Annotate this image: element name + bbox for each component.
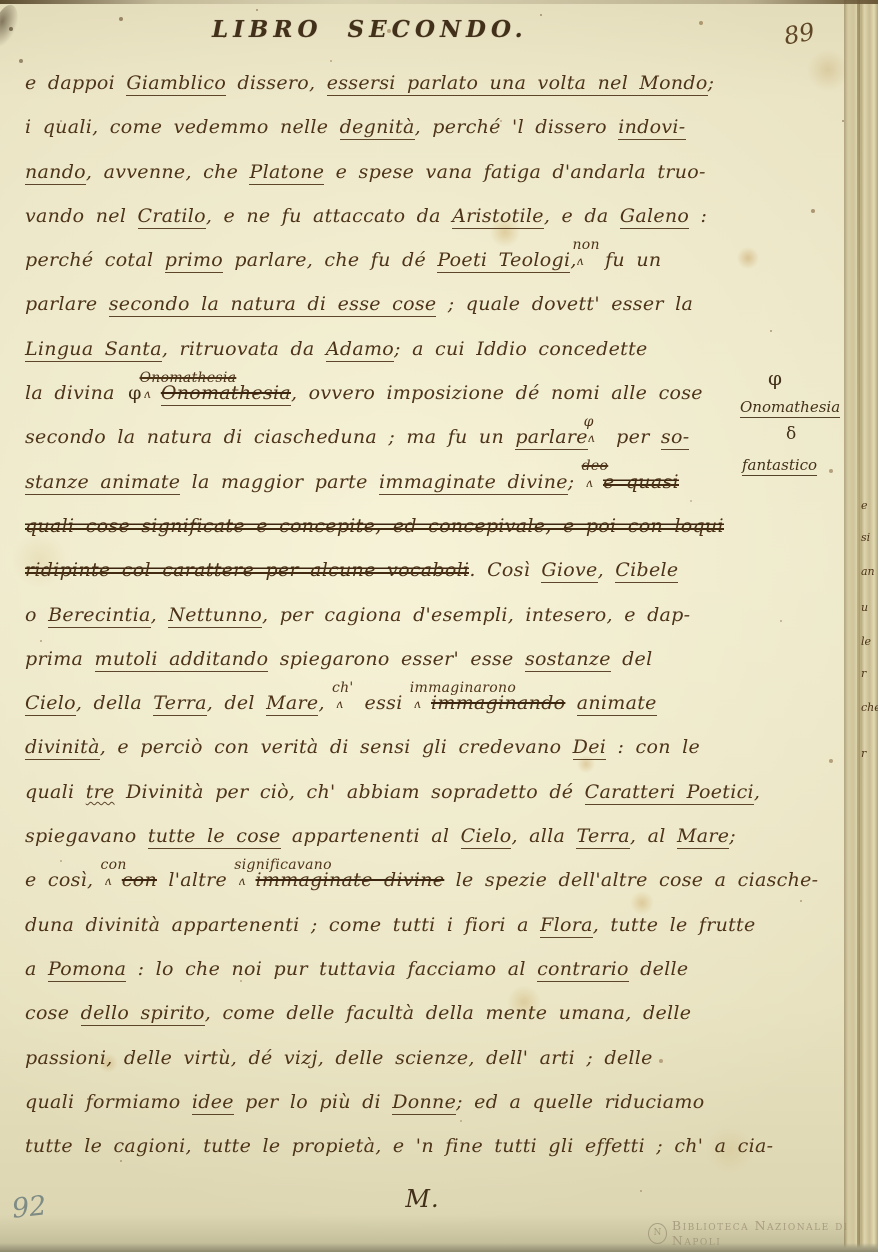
corner-smudge	[0, 2, 23, 53]
text-segment: , per cagiona d'esempli, intesero, e dap…	[262, 604, 690, 626]
text-segment: quali cose significate e concepite, ed c…	[25, 515, 724, 537]
text-segment: degnità	[340, 116, 415, 140]
text-segment: animate	[577, 692, 657, 716]
note-onomathesia: Onomathesia	[740, 398, 840, 418]
manuscript-line: parlare secondo la natura di esse cose ;…	[25, 293, 770, 337]
text-segment: Nettunno	[168, 604, 262, 628]
text-segment: fu un	[594, 249, 662, 271]
text-segment: per lo più di	[234, 1091, 392, 1113]
text-segment: parlare	[515, 426, 587, 450]
manuscript-line: quali formiamo idee per lo più di Donne;…	[25, 1091, 770, 1135]
text-segment: ; ed a quelle riduciamo	[456, 1091, 704, 1113]
note-fantastico: fantastico	[742, 456, 817, 476]
manuscript-line: divinità, e perciò con verità di sensi g…	[25, 736, 770, 780]
text-segment: , come delle facultà della mente umana, …	[205, 1002, 692, 1024]
text-segment: so-	[661, 426, 690, 450]
text-segment: Galeno	[620, 205, 689, 229]
text-segment: quali	[25, 781, 86, 803]
text-segment: , avvenne, che	[86, 161, 250, 183]
text-segment: o	[25, 604, 48, 626]
text-segment: Caratteri Poetici	[585, 781, 754, 805]
text-segment: ,	[598, 559, 616, 581]
text-segment: contrario	[537, 958, 629, 982]
edge-partial-letter: e	[861, 500, 868, 511]
text-segment: indovi-	[618, 116, 685, 140]
text-segment: ; quale dovett' esser la	[436, 293, 693, 315]
text-segment: idee	[192, 1091, 234, 1115]
text-segment: delle	[629, 958, 689, 980]
text-segment: Terra	[576, 825, 629, 849]
text-segment: spiegarono esser' esse	[268, 648, 525, 670]
manuscript-line: cose dello spirito, come delle facultà d…	[25, 1002, 770, 1046]
text-segment: : lo che noi pur tuttavia facciamo al	[126, 958, 537, 980]
text-segment: Dei	[573, 736, 606, 760]
manuscript-line: duna divinità appartenenti ; come tutti …	[25, 914, 770, 958]
text-segment: Berecintia	[48, 604, 151, 628]
edge-partial-letter: an	[861, 566, 875, 577]
text-segment: , del	[207, 692, 266, 714]
manuscript-line: a Pomona : lo che noi pur tuttavia facci…	[25, 958, 770, 1002]
text-segment: sostanze	[525, 648, 611, 672]
text-segment: a	[25, 958, 48, 980]
manuscript-line: prima mutoli additando spiegarono esser'…	[25, 648, 770, 692]
text-segment: Donne	[392, 1091, 456, 1115]
manuscript-line: passioni, delle virtù, dé vizj, delle sc…	[25, 1047, 770, 1091]
text-segment: e quasi	[603, 471, 679, 493]
text-segment: divinità	[25, 736, 100, 760]
text-segment: e così,	[25, 869, 105, 891]
manuscript-line: spiegavano tutte le cose appartenenti al…	[25, 825, 770, 869]
edge-partial-letter: r	[861, 668, 866, 679]
manuscript-line: vando nel Cratilo, e ne fu attaccato da …	[25, 205, 770, 249]
text-segment: Lingua Santa	[25, 338, 162, 362]
text-segment: del	[611, 648, 653, 670]
manuscript-line: perché cotal primo parlare, che fu dé Po…	[25, 249, 770, 293]
book-fore-edge: esianulercher	[844, 0, 878, 1252]
text-segment: :	[689, 205, 707, 227]
text-segment: Flora	[540, 914, 593, 938]
text-segment	[565, 692, 576, 714]
text-segment: quali formiamo	[25, 1091, 192, 1113]
manuscript-line: tutte le cagioni, tutte le propietà, e '…	[25, 1135, 770, 1179]
text-segment: Mare	[677, 825, 729, 849]
text-segment: duna divinità appartenenti ; come tutti …	[25, 914, 540, 936]
text-segment: Cielo	[25, 692, 76, 716]
text-segment: parlare, che fu dé	[223, 249, 437, 271]
text-segment: , alla	[511, 825, 576, 847]
text-segment: vando nel	[25, 205, 138, 227]
text-segment: , ovvero imposizione dé nomi alle cose	[291, 382, 703, 404]
edge-partial-letter: che	[861, 702, 878, 713]
text-segment: Giove	[541, 559, 597, 583]
text-segment: parlare	[25, 293, 109, 315]
text-segment: nando	[25, 161, 86, 185]
text-segment: dissero,	[226, 72, 327, 94]
manuscript-text-block: e dappoi Giamblico dissero, essersi parl…	[25, 72, 770, 1179]
phi-mark: φ	[768, 366, 782, 390]
text-segment: stanze animate	[25, 471, 180, 495]
text-segment: le spezie dell'altre cose a ciasche-	[444, 869, 818, 891]
text-segment: : con le	[606, 736, 700, 758]
text-segment: essi	[353, 692, 414, 714]
text-segment: , e ne fu attaccato da	[206, 205, 452, 227]
text-segment: e dappoi	[25, 72, 126, 94]
photo-bottom-edge	[0, 1243, 878, 1252]
manuscript-line: e dappoi Giamblico dissero, essersi parl…	[25, 72, 770, 116]
text-segment: Divinità per ciò, ch' abbiam sopradetto …	[115, 781, 585, 803]
text-segment: secondo la natura di esse cose	[109, 293, 437, 317]
photo-top-edge	[0, 0, 878, 4]
text-segment: Terra	[153, 692, 206, 716]
text-segment: spiegavano	[25, 825, 148, 847]
text-segment: appartenenti al	[281, 825, 461, 847]
manuscript-line: secondo la natura di ciascheduna ; ma fu…	[25, 426, 770, 470]
text-segment: . Così	[469, 559, 541, 581]
manuscript-line: e così, conʌcon l'altre significavanoʌim…	[25, 869, 770, 913]
text-segment: ridipinte col carattere per alcune vocab…	[25, 559, 469, 581]
manuscript-line: la divina φOnomathesiaʌOnomathesia, ovve…	[25, 382, 770, 426]
text-segment: mutoli additando	[95, 648, 269, 672]
text-segment: secondo la natura di ciascheduna ; ma fu…	[25, 426, 515, 448]
text-segment: , e perciò con verità di sensi gli crede…	[100, 736, 573, 758]
catchword: M.	[0, 1185, 845, 1213]
text-segment: cose	[25, 1002, 81, 1024]
text-segment: , tutte le frutte	[593, 914, 756, 936]
manuscript-line: i quali, come vedemmo nelle degnità, per…	[25, 116, 770, 160]
text-segment: l'altre	[157, 869, 238, 891]
fore-edge-groove	[857, 0, 860, 1252]
text-segment: ; a cui Iddio concedette	[394, 338, 648, 360]
text-segment: i quali, come vedemmo nelle	[25, 116, 340, 138]
text-segment: essersi parlato una volta nel Mondo	[327, 72, 708, 96]
text-segment: per	[605, 426, 661, 448]
edge-partial-letter: si	[861, 532, 870, 543]
manuscript-line: Cielo, della Terra, del Mare, ch'ʌ essi …	[25, 692, 770, 736]
manuscript-line: quali cose significate e concepite, ed c…	[25, 515, 770, 559]
text-segment: Giamblico	[126, 72, 226, 96]
text-segment: Aristotile	[452, 205, 544, 229]
library-monogram-icon: N	[648, 1223, 667, 1244]
text-segment: Pomona	[48, 958, 126, 982]
text-segment: Platone	[249, 161, 324, 185]
text-segment: e spese vana fatiga d'andarla truo-	[324, 161, 705, 183]
text-segment: , al	[630, 825, 677, 847]
edge-partial-letter: u	[861, 602, 868, 613]
text-segment: , della	[76, 692, 153, 714]
text-segment: , e da	[544, 205, 620, 227]
folio-number: 89	[782, 18, 817, 51]
page-title: LIBRO SECONDO.	[212, 16, 528, 43]
manuscript-line: quali tre Divinità per ciò, ch' abbiam s…	[25, 781, 770, 825]
text-segment: tutte le cagioni, tutte le propietà, e '…	[25, 1135, 773, 1157]
manuscript-line: Lingua Santa, ritruovata da Adamo; a cui…	[25, 338, 770, 382]
pencil-page-number: 92	[10, 1190, 47, 1224]
text-segment: Adamo	[326, 338, 394, 362]
text-segment: Poeti Teologi	[437, 249, 570, 273]
text-segment: prima	[25, 648, 95, 670]
text-segment: Cielo	[461, 825, 512, 849]
text-segment: , ritruovata da	[162, 338, 326, 360]
text-segment: Cibele	[615, 559, 678, 583]
manuscript-line: nando, avvenne, che Platone e spese vana…	[25, 161, 770, 205]
text-segment: ,	[754, 781, 760, 803]
text-segment: ;	[729, 825, 736, 847]
manuscript-page: LIBRO SECONDO. 89 e dappoi Giamblico dis…	[0, 0, 878, 1252]
text-segment: passioni, delle virtù, dé vizj, delle sc…	[25, 1047, 653, 1069]
manuscript-line: stanze animate la maggior parte immagina…	[25, 471, 770, 515]
text-segment: la maggior parte	[180, 471, 379, 493]
text-segment: la divina	[25, 382, 126, 404]
text-segment: ,	[151, 604, 169, 626]
text-segment: con	[122, 869, 157, 891]
text-segment: perché cotal	[25, 249, 165, 271]
edge-partial-letter: r	[861, 748, 866, 759]
text-segment: dello spirito	[81, 1002, 205, 1026]
delta-mark: ẟ	[786, 424, 796, 444]
text-segment: ;	[708, 72, 715, 94]
text-segment: tutte le cose	[148, 825, 281, 849]
manuscript-line: o Berecintia, Nettunno, per cagiona d'es…	[25, 604, 770, 648]
text-segment: Cratilo	[138, 205, 206, 229]
text-segment: tre	[86, 781, 115, 803]
text-segment: , perché 'l dissero	[415, 116, 619, 138]
edge-partial-letter: le	[861, 636, 871, 647]
text-segment: primo	[165, 249, 223, 273]
text-segment: Mare	[266, 692, 318, 716]
manuscript-line: ridipinte col carattere per alcune vocab…	[25, 559, 770, 603]
text-segment: immaginate divine	[379, 471, 568, 495]
